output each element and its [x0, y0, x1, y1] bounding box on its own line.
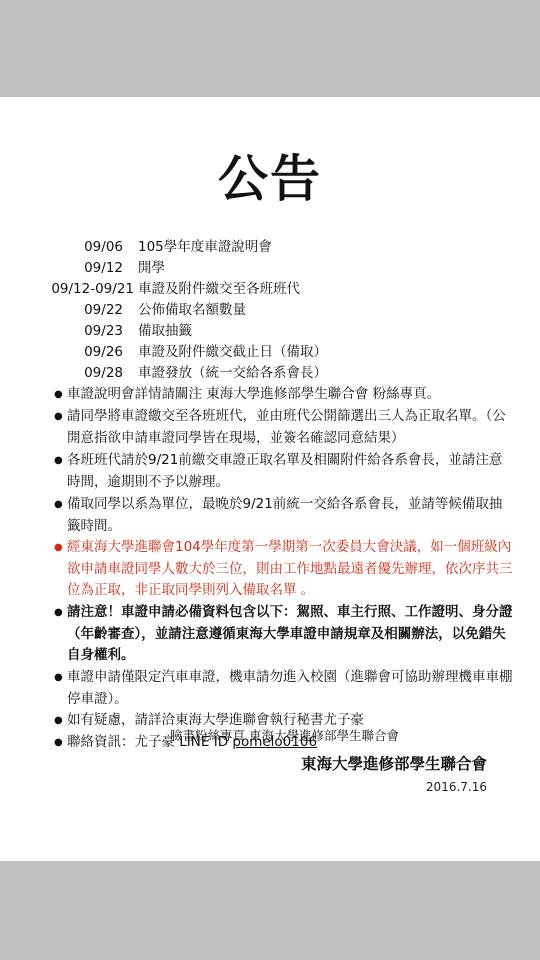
bullet-icon: ●: [54, 602, 62, 624]
announcement-page: 公告 09/06 105學年度車證說明會 09/12 開學 09/12-09/2…: [0, 97, 540, 861]
schedule-event: 車證發放（統一交給各系會長）: [138, 363, 327, 384]
schedule-date: 09/28: [0, 363, 123, 384]
schedule-event: 車證及附件繳交至各班班代: [138, 279, 300, 300]
schedule-date: 09/12: [0, 258, 123, 279]
note-text: 請同學將車證繳交至各班班代，並由班代公開篩選出三人為正取名單。（公開意指欲申請車…: [67, 406, 514, 449]
bullet-icon: ●: [54, 667, 62, 689]
note-item: ● 車證說明會詳情請關注 東海大學進修部學生聯合會 粉絲專頁。: [54, 384, 514, 406]
note-item: ● 備取同學以系為單位，最晚於9/21前統一交給各系會長，並請等候備取抽籤時間。: [54, 494, 514, 537]
note-text: 請注意！車證申請必備資料包含以下：駕照、車主行照、工作證明、身分證（年齡審查），…: [67, 602, 514, 667]
note-item: ● 車證申請僅限定汽車車證，機車請勿進入校園（進聯會可協助辦理機車車棚停車證）。: [54, 667, 514, 710]
signature: 東海大學進修部學生聯合會: [301, 752, 487, 776]
bullet-icon: ●: [54, 450, 62, 472]
bullet-icon: ●: [54, 494, 62, 516]
note-item: ● 各班班代請於9/21前繳交車證正取名單及相關附件給各系會長，並請注意時間，逾…: [54, 450, 514, 493]
schedule-event: 公佈備取名額數量: [138, 300, 246, 321]
schedule-event: 105學年度車證說明會: [138, 237, 272, 258]
bullet-icon: ●: [54, 732, 62, 754]
note-text: 各班班代請於9/21前繳交車證正取名單及相關附件給各系會長，並請注意時間，逾期則…: [67, 450, 514, 493]
note-text: 車證申請僅限定汽車車證，機車請勿進入校園（進聯會可協助辦理機車車棚停車證）。: [67, 667, 514, 710]
schedule-date: 09/06: [0, 237, 123, 258]
schedule-date: 09/22: [0, 300, 123, 321]
schedule-event: 備取抽籤: [138, 321, 192, 342]
schedule-event: 開學: [138, 258, 165, 279]
schedule-date: 09/23: [0, 321, 123, 342]
bullet-icon: ●: [54, 406, 62, 428]
note-item: ● 請同學將車證繳交至各班班代，並由班代公開篩選出三人為正取名單。（公開意指欲申…: [54, 406, 514, 449]
schedule-event: 車證及附件繳交截止日（備取）: [138, 342, 327, 363]
signature-date: 2016.7.16: [426, 779, 487, 795]
note-item-important: ● 請注意！車證申請必備資料包含以下：駕照、車主行照、工作證明、身分證（年齡審查…: [54, 602, 514, 667]
note-item-highlight: ● 經東海大學進聯會104學年度第一學期第一次委員大會決議，如一個班級內欲申請車…: [54, 537, 514, 602]
note-text: 車證說明會詳情請關注 東海大學進修部學生聯合會 粉絲專頁。: [67, 384, 514, 406]
schedule-date: 09/26: [0, 342, 123, 363]
facebook-page-line: 臉書粉絲專頁 東海大學進修部學生聯合會: [170, 727, 399, 745]
note-text: 經東海大學進聯會104學年度第一學期第一次委員大會決議，如一個班級內欲申請車證同…: [67, 537, 514, 602]
bullet-icon: ●: [54, 710, 62, 732]
schedule-date: 09/12-09/21: [4, 279, 134, 300]
page-title: 公告: [0, 149, 540, 209]
bullet-icon: ●: [54, 537, 62, 559]
bullet-icon: ●: [54, 384, 62, 406]
note-text: 備取同學以系為單位，最晚於9/21前統一交給各系會長，並請等候備取抽籤時間。: [67, 494, 514, 537]
